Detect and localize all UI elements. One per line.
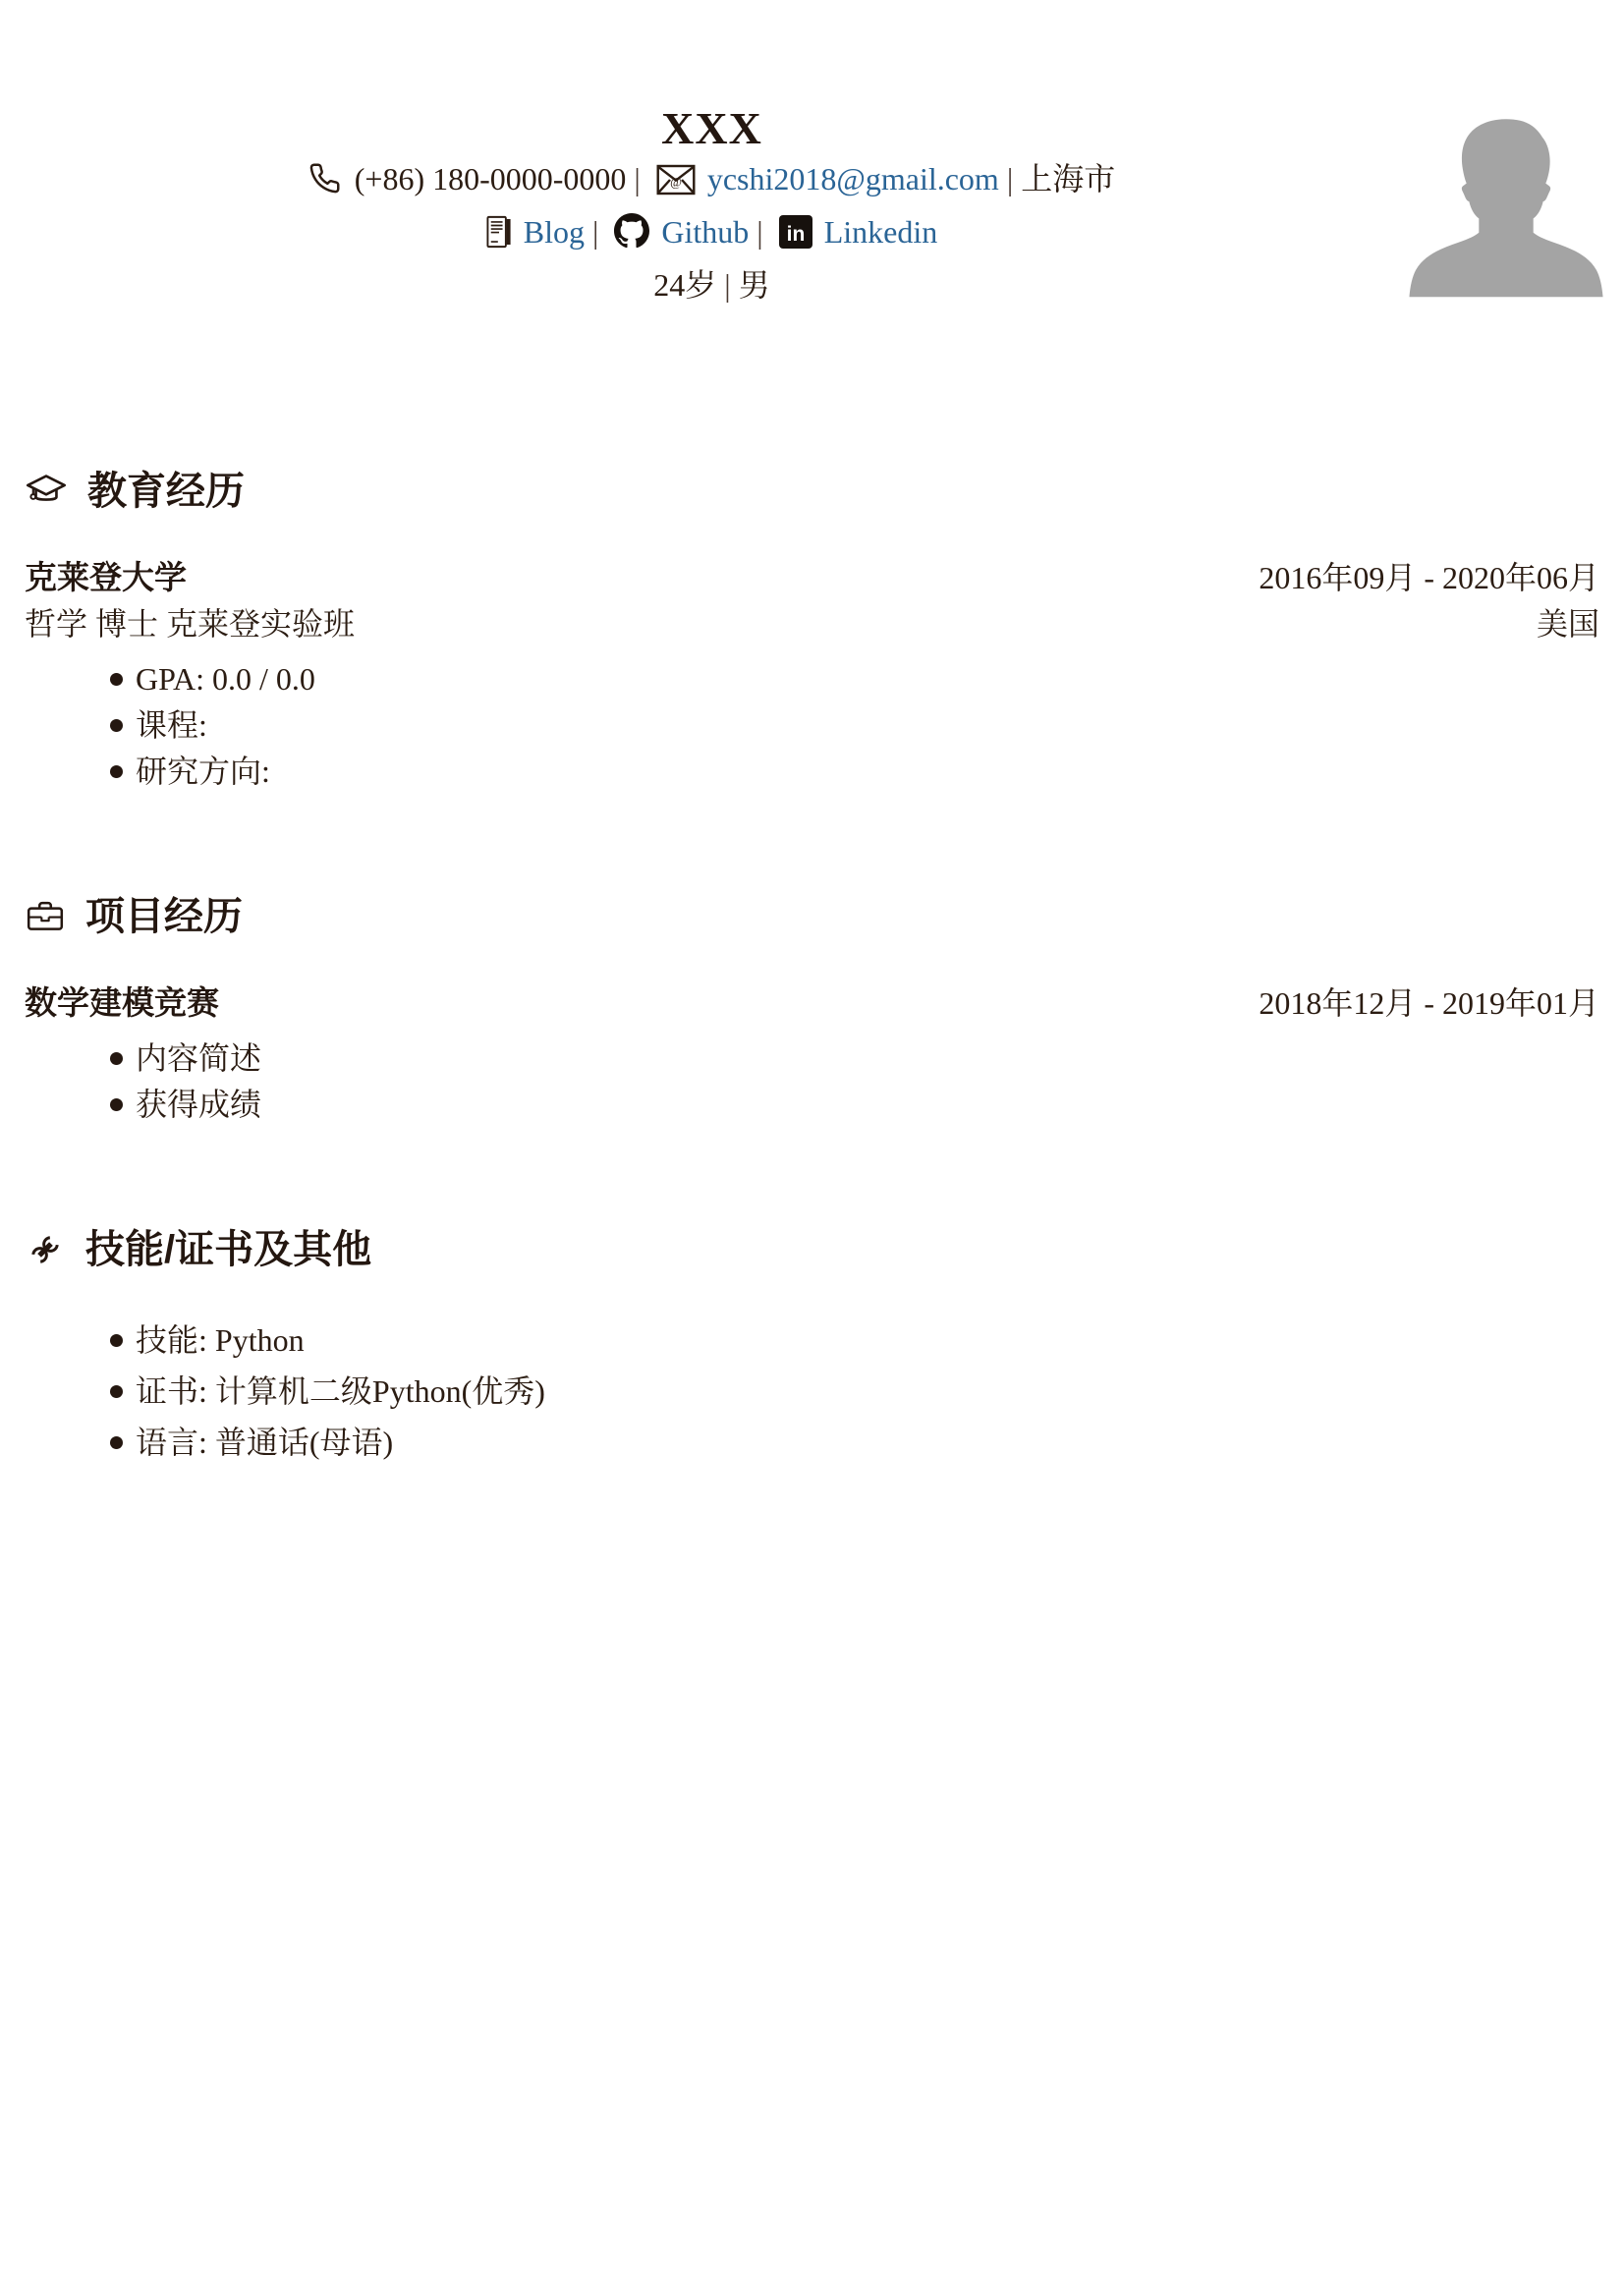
github-link[interactable]: Github	[661, 214, 749, 250]
separator: |	[585, 214, 606, 250]
city: 上海市	[1021, 161, 1115, 196]
section-education: 教育经历 克莱登大学 2016年09月 - 2020年06月 哲学 博士 克莱登…	[25, 468, 1599, 795]
email-icon: @	[648, 167, 703, 202]
separator: |	[716, 267, 738, 303]
section-projects: 项目经历 数学建模竞赛 2018年12月 - 2019年01月 内容简述 获得成…	[25, 893, 1599, 1128]
linkedin-link[interactable]: Linkedin	[824, 214, 938, 250]
svg-text:@: @	[670, 175, 682, 189]
education-bullet: 研究方向:	[136, 749, 1599, 795]
project-bullet: 获得成绩	[136, 1082, 1599, 1128]
skills-bullet: 技能: Python	[136, 1315, 1599, 1366]
skills-title: 技能/证书及其他	[85, 1226, 371, 1273]
graduation-cap-icon	[25, 471, 68, 512]
project-bullet: 内容简述	[136, 1036, 1599, 1082]
header: XXX (+86) 180-0000-0000| @ ycshi2018@gma…	[25, 0, 1599, 318]
phone-number: (+86) 180-0000-0000	[355, 161, 627, 196]
education-dates: 2016年09月 - 2020年06月	[1259, 555, 1599, 601]
skills-bullet: 语言: 普通话(母语)	[136, 1417, 1599, 1468]
svg-text:in: in	[786, 223, 805, 246]
email-link[interactable]: ycshi2018@gmail.com	[707, 161, 999, 196]
project-entry: 数学建模竞赛 2018年12月 - 2019年01月 内容简述 获得成绩	[25, 980, 1599, 1128]
education-entry: 克莱登大学 2016年09月 - 2020年06月 哲学 博士 克莱登实验班 美…	[25, 554, 1599, 795]
linkedin-icon: in	[771, 220, 820, 255]
section-skills: 技能/证书及其他 技能: Python 证书: 计算机二级Python(优秀) …	[25, 1226, 1599, 1468]
skills-heading: 技能/证书及其他	[25, 1226, 1599, 1273]
age: 24岁	[653, 267, 716, 303]
blog-icon	[486, 220, 520, 255]
degree-line: 哲学 博士 克莱登实验班	[25, 601, 355, 647]
skills-bullet: 证书: 计算机二级Python(优秀)	[136, 1366, 1599, 1417]
education-bullet: 课程:	[136, 702, 1599, 749]
project-bullets: 内容简述 获得成绩	[25, 1036, 1599, 1128]
avatar	[1399, 104, 1613, 318]
contact-line-1: (+86) 180-0000-0000| @ ycshi2018@gmail.c…	[25, 155, 1399, 208]
briefcase-icon	[25, 896, 66, 937]
wrench-icon	[25, 1229, 66, 1270]
phone-icon	[308, 166, 349, 201]
candidate-name: XXX	[25, 102, 1399, 155]
header-contact-block: XXX (+86) 180-0000-0000| @ ycshi2018@gma…	[25, 102, 1399, 308]
contact-line-3: 24岁|男	[25, 261, 1399, 308]
school-name: 克莱登大学	[25, 554, 187, 600]
education-location: 美国	[1537, 601, 1599, 647]
project-dates: 2018年12月 - 2019年01月	[1259, 980, 1599, 1027]
education-heading: 教育经历	[25, 468, 1599, 515]
education-bullet: GPA: 0.0 / 0.0	[136, 656, 1599, 702]
separator: |	[626, 161, 647, 196]
projects-title: 项目经历	[85, 893, 243, 940]
resume-page: XXX (+86) 180-0000-0000| @ ycshi2018@gma…	[0, 0, 1624, 2295]
separator: |	[749, 214, 770, 250]
gender: 男	[739, 267, 770, 303]
education-title: 教育经历	[87, 468, 245, 515]
skills-bullets: 技能: Python 证书: 计算机二级Python(优秀) 语言: 普通话(母…	[25, 1315, 1599, 1468]
github-icon	[606, 220, 657, 255]
blog-link[interactable]: Blog	[524, 214, 585, 250]
separator: |	[999, 161, 1021, 196]
project-name: 数学建模竞赛	[25, 980, 219, 1026]
projects-heading: 项目经历	[25, 893, 1599, 940]
education-bullets: GPA: 0.0 / 0.0 课程: 研究方向:	[25, 656, 1599, 795]
contact-line-2: Blog| Github| in Linkedin	[25, 208, 1399, 261]
